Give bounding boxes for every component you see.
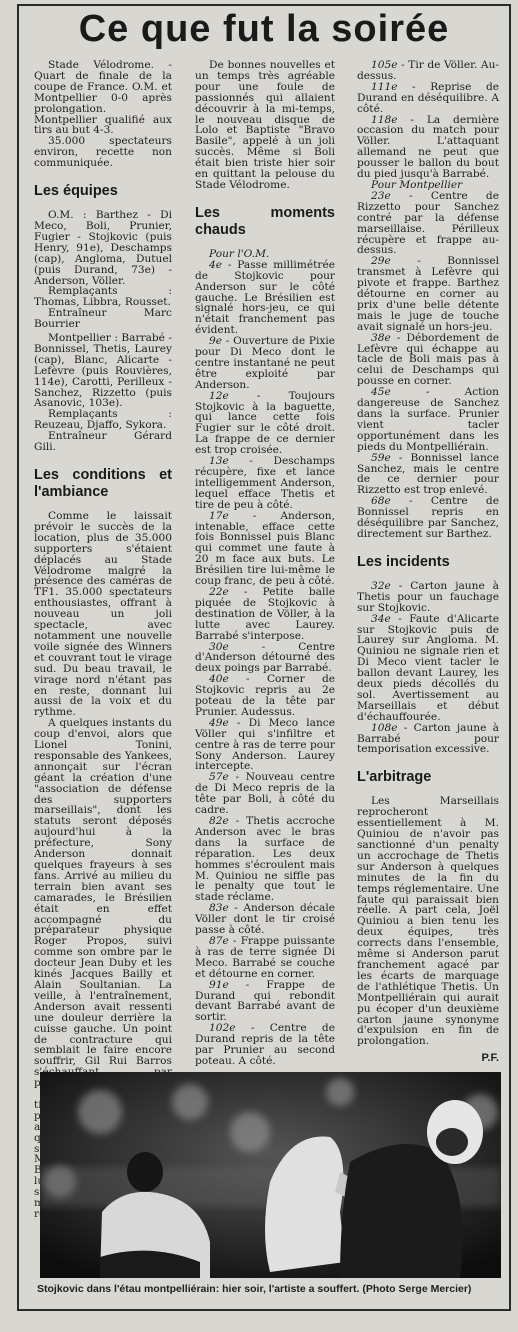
conditions-paragraph: Comme le laissait prévoir le succès de l…	[34, 511, 172, 718]
moment-item: 40e - Corner de Stojkovic repris au 2e p…	[195, 674, 335, 718]
moment-item: 34e - Faute d'Alicarte sur Stojkovic pui…	[357, 614, 499, 723]
moment-item: 83e - Anderson décale Völler dont le tir…	[195, 903, 335, 936]
column-1: Stade Vélodrome. - Quart de finale de la…	[34, 60, 172, 1220]
team-paragraph: Remplaçants : Thomas, Libbra, Rousset.	[34, 286, 172, 308]
moment-text: Passe millimétrée de Stojkovic pour Ande…	[195, 259, 335, 336]
intro-paragraph: Stade Vélodrome. - Quart de finale de la…	[34, 60, 172, 136]
moment-item: 68e - Centre de Bonnissel repris en désé…	[357, 496, 499, 540]
moment-item: 108e - Carton jaune à Barrabé pour tempo…	[357, 723, 499, 756]
moment-item: 118e - La dernière occasion du match pou…	[357, 115, 499, 180]
column-2: De bonnes nouvelles et un temps très agr…	[195, 60, 335, 1067]
moment-item: 38e - Débordement de Lefèvre qui échappe…	[357, 333, 499, 388]
author-signature: P.F.	[357, 1053, 499, 1064]
moment-text: Thetis accroche Anderson avec le bras da…	[195, 815, 335, 903]
moment-item: 4e - Passe millimétrée de Stojkovic pour…	[195, 260, 335, 336]
moment-item: 59e - Bonnissel lance Sanchez, mais le c…	[357, 453, 499, 497]
moment-item: 91e - Frappe de Durand qui rebondit deva…	[195, 980, 335, 1024]
column-3: 105e - Tir de Völler. Au-dessus.111e - R…	[357, 60, 499, 1064]
moment-item: 29e - Bonnissel transmet à Lefèvre qui p…	[357, 256, 499, 332]
moment-item: 105e - Tir de Völler. Au-dessus.	[357, 60, 499, 82]
moment-item: 13e - Deschamps récupère, fixe et lance …	[195, 456, 335, 511]
moment-item: 30e - Centre d'Anderson détourné des deu…	[195, 642, 335, 675]
moment-item: 82e - Thetis accroche Anderson avec le b…	[195, 816, 335, 903]
section-heading-incidents: Les incidents	[357, 554, 499, 571]
moment-text: Toujours Stojkovic à la baguette, qui la…	[195, 390, 335, 457]
om-moments-list-continued: 105e - Tir de Völler. Au-dessus.111e - R…	[357, 60, 499, 180]
team-paragraph: Entraîneur Marc Bourrier	[34, 308, 172, 330]
incidents-list: 32e - Carton jaune à Thetis pour un fauc…	[357, 581, 499, 756]
team-paragraph: Entraîneur Gérard Gili.	[34, 431, 172, 453]
moment-text: La dernière occasion du match pour Völle…	[357, 114, 499, 181]
moment-text: Centre de Rizzetto pour Sanchez contré p…	[357, 190, 499, 257]
section-heading-conditions: Les conditions et l'ambiance	[34, 467, 172, 501]
section-heading-equipes: Les équipes	[34, 183, 172, 200]
moment-item: 45e - Action dangereuse de Sanchez dans …	[357, 387, 499, 452]
article-title: Ce que fut la soirée	[17, 8, 511, 51]
moment-item: 32e - Carton jaune à Thetis pour un fauc…	[357, 581, 499, 614]
team-paragraph: Montpellier : Barrabé - Bonnissel, Theti…	[34, 333, 172, 409]
section-heading-moments: Les moments chauds	[195, 205, 335, 239]
moment-item: 9e - Ouverture de Pixie pour Di Meco don…	[195, 336, 335, 391]
moment-item: 102e - Centre de Durand repris de la têt…	[195, 1023, 335, 1067]
moment-text: Anderson, intenable, efface cette fois B…	[195, 510, 335, 587]
arbitrage-paragraph: Les Marseillais reprocheront essentielle…	[357, 796, 499, 1047]
moment-item: 87e - Frappe puissante à ras de terre si…	[195, 936, 335, 980]
section-heading-arbitrage: L'arbitrage	[357, 769, 499, 786]
match-photo	[40, 1072, 501, 1278]
intro-paragraph: 35.000 spectateurs environ, recette non …	[34, 136, 172, 169]
om-moments-list: 4e - Passe millimétrée de Stojkovic pour…	[195, 260, 335, 1067]
football-players-image	[40, 1072, 501, 1278]
moment-item: 23e - Centre de Rizzetto pour Sanchez co…	[357, 191, 499, 256]
moment-item: 22e - Petite balle piquée de Stojkovic à…	[195, 587, 335, 642]
moment-text: Bonnissel transmet à Lefèvre qui pivote …	[357, 255, 499, 332]
moment-item: 17e - Anderson, intenable, efface cette …	[195, 511, 335, 587]
moment-text: Faute d'Alicarte sur Stojkovic puis de L…	[357, 613, 499, 723]
moment-item: 111e - Reprise de Durand en déséquilibre…	[357, 82, 499, 115]
conditions-paragraph: De bonnes nouvelles et un temps très agr…	[195, 60, 335, 191]
team-paragraph: Remplaçants : Reuzeau, Djaffo, Sykora.	[34, 409, 172, 431]
moment-item: 49e - Di Meco lance Völler qui s'infiltr…	[195, 718, 335, 773]
moment-text: Action dangereuse de Sanchez dans la sur…	[357, 386, 499, 453]
conditions-paragraph: A quelques instants du coup d'envoi, alo…	[34, 718, 172, 1089]
moment-item: 57e - Nouveau centre de Di Meco repris d…	[195, 772, 335, 816]
photo-caption: Stojkovic dans l'étau montpelliérain: hi…	[37, 1283, 499, 1295]
montpellier-moments-list: 23e - Centre de Rizzetto pour Sanchez co…	[357, 191, 499, 540]
team-paragraph: O.M. : Barthez - Di Meco, Boli, Prunier,…	[34, 210, 172, 286]
moment-item: 12e - Toujours Stojkovic à la baguette, …	[195, 391, 335, 456]
